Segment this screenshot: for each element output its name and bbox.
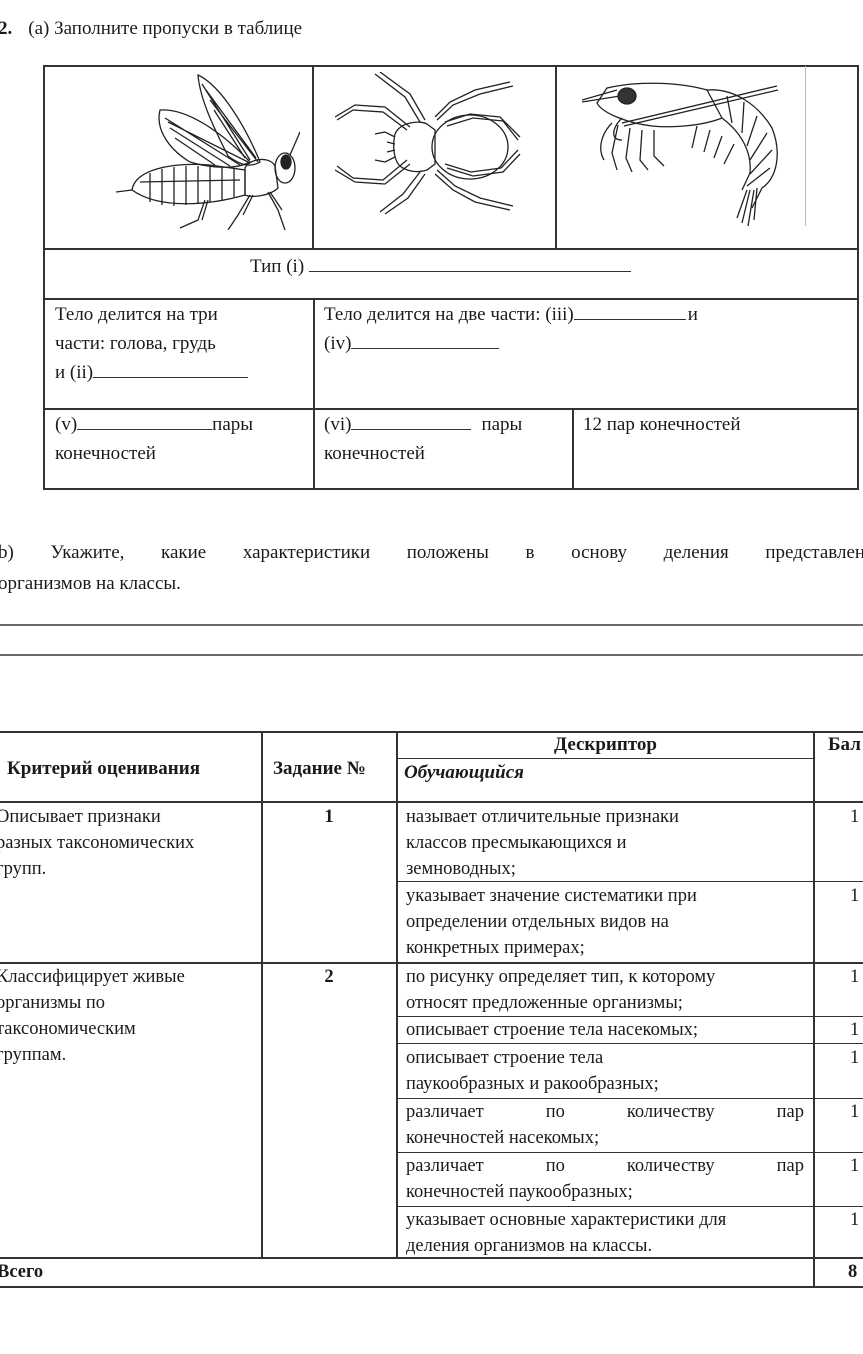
- limbs-text: конечностей: [324, 439, 522, 468]
- blank-ii[interactable]: [93, 359, 248, 378]
- criterion-line: Описывает признаки: [0, 804, 194, 830]
- score-cell: 1: [850, 883, 859, 909]
- blank-iv[interactable]: [351, 330, 499, 349]
- word: различает: [406, 1153, 484, 1179]
- divider: [397, 1043, 863, 1044]
- part-b-word: в: [526, 537, 535, 568]
- total-score: 8: [848, 1259, 857, 1285]
- header-task: Задание №: [273, 756, 366, 782]
- type-row: Тип (i): [250, 252, 631, 281]
- type-label: Тип (i): [250, 256, 304, 277]
- part-b-word: характеристики: [243, 537, 370, 568]
- word: пар: [777, 1153, 804, 1179]
- descriptor-line: по рисунку определяет тип, к которому: [406, 964, 715, 990]
- blank-v-label: (v): [55, 414, 77, 435]
- score-cell: 1: [850, 1045, 859, 1071]
- descriptor-row: указывает значение систематики при опред…: [406, 883, 697, 961]
- part-b-word: b): [0, 537, 14, 568]
- divider: [313, 299, 315, 489]
- score-cell: 1: [850, 1099, 859, 1125]
- header-score: Бал: [828, 732, 861, 758]
- blank-v[interactable]: [77, 411, 212, 430]
- criterion-line: организмы по: [0, 990, 185, 1016]
- descriptor-line: земноводных;: [406, 856, 679, 882]
- divider: [396, 731, 398, 1258]
- score-cell: 1: [850, 1153, 859, 1179]
- answer-line[interactable]: [0, 654, 863, 656]
- task-number-2: 2: [262, 964, 396, 990]
- part-b-word: основу: [571, 537, 627, 568]
- part-b-word: деления: [664, 537, 729, 568]
- spider-drawing-icon: [335, 72, 540, 222]
- descriptor-row: различаетпоколичествупар конечностей пау…: [406, 1153, 804, 1205]
- divider: [813, 731, 815, 1287]
- header-criterion: Критерий оценивания: [7, 756, 200, 782]
- descriptor-row: называет отличительные признаки классов …: [406, 804, 679, 882]
- descriptor-line: относят предложенные организмы;: [406, 990, 715, 1016]
- word: по: [546, 1099, 565, 1125]
- word: различает: [406, 1099, 484, 1125]
- shrimp-drawing-icon: [582, 78, 782, 228]
- descriptor-line: деления организмов на классы.: [406, 1233, 726, 1259]
- part-b-word: какие: [161, 537, 206, 568]
- descriptor-line: конечностей насекомых;: [406, 1125, 804, 1151]
- and-text: и: [688, 304, 698, 325]
- divider: [572, 409, 574, 489]
- descriptor-line: классов пресмыкающихся и: [406, 830, 679, 856]
- question-heading: 2.(a) Заполните пропуски в таблице: [0, 18, 302, 40]
- word: пар: [777, 1099, 804, 1125]
- descriptor-line: определении отдельных видов на: [406, 909, 697, 935]
- part-b-word: положены: [407, 537, 489, 568]
- blank-iii[interactable]: [574, 301, 686, 320]
- body-insect-line1: Тело делится на три: [55, 300, 248, 329]
- word: количеству: [627, 1099, 715, 1125]
- descriptor-line: различаетпоколичествупар: [406, 1153, 804, 1179]
- legs-insect-cell: (v)пары конечностей: [55, 410, 253, 468]
- word: по: [546, 1153, 565, 1179]
- legs-arachnid-cell: (vi)пары конечностей: [324, 410, 522, 468]
- legs-crustacean-cell: 12 пар конечностей: [583, 410, 741, 439]
- header-learner: Обучающийся: [404, 760, 524, 786]
- body-insect-line2: части: голова, грудь: [55, 329, 248, 358]
- divider: [805, 66, 806, 226]
- divider: [555, 66, 557, 248]
- descriptor-row: по рисунку определяет тип, к которому от…: [406, 964, 715, 1016]
- divider: [0, 801, 863, 803]
- insect-drawing-icon: [110, 70, 300, 230]
- descriptor-row: различаетпоколичествупар конечностей нас…: [406, 1099, 804, 1151]
- body-arachnid-cell: Тело делится на две части: (iii)и (iv): [324, 300, 698, 358]
- total-label: Всего: [0, 1259, 43, 1285]
- header-descriptor: Дескриптор: [397, 732, 814, 758]
- criterion-line: групп.: [0, 856, 194, 882]
- blank-vi-label: (vi): [324, 414, 351, 435]
- criterion-line: разных таксономических: [0, 830, 194, 856]
- score-cell: 1: [850, 1207, 859, 1233]
- blank-iii-label: Тело делится на две части: (iii): [324, 304, 574, 325]
- blank-ii-label: и (ii): [55, 362, 93, 383]
- limbs-text: конечностей: [55, 439, 253, 468]
- descriptor-line: указывает основные характеристики для: [406, 1207, 726, 1233]
- word: количеству: [627, 1153, 715, 1179]
- part-b-word: Укажите,: [50, 537, 124, 568]
- descriptor-row: описывает строение тела насекомых;: [406, 1017, 698, 1043]
- criterion-1: Описывает признаки разных таксономически…: [0, 804, 194, 882]
- descriptor-line: описывает строение тела насекомых;: [406, 1017, 698, 1043]
- descriptor-line: указывает значение систематики при: [406, 883, 697, 909]
- criterion-line: Классифицирует живые: [0, 964, 185, 990]
- divider: [0, 1286, 863, 1288]
- criterion-line: группам.: [0, 1042, 185, 1068]
- descriptor-line: описывает строение тела: [406, 1045, 659, 1071]
- descriptor-line: называет отличительные признаки: [406, 804, 679, 830]
- body-insect-cell: Тело делится на три части: голова, грудь…: [55, 300, 248, 387]
- criterion-2: Классифицирует живые организмы по таксон…: [0, 964, 185, 1068]
- blank-i[interactable]: [309, 253, 631, 272]
- pairs-text: пары: [481, 414, 522, 435]
- answer-line[interactable]: [0, 624, 863, 626]
- score-cell: 1: [850, 804, 859, 830]
- criterion-line: таксономическим: [0, 1016, 185, 1042]
- divider: [44, 248, 858, 250]
- descriptor-line: паукообразных и ракообразных;: [406, 1071, 659, 1097]
- part-b-line2: организмов на классы.: [0, 568, 181, 599]
- blank-vi[interactable]: [351, 411, 471, 430]
- question-number: 2.: [0, 18, 12, 39]
- crustacean-limbs-text: 12 пар конечностей: [583, 410, 741, 439]
- part-b-word: представленны: [765, 537, 863, 568]
- divider: [397, 758, 814, 759]
- descriptor-row: указывает основные характеристики для де…: [406, 1207, 726, 1259]
- descriptor-line: различаетпоколичествупар: [406, 1099, 804, 1125]
- pairs-text: пары: [212, 414, 253, 435]
- descriptor-line: конкретных примерах;: [406, 935, 697, 961]
- score-cell: 1: [850, 1017, 859, 1043]
- task-number-1: 1: [262, 804, 396, 830]
- descriptor-line: конечностей паукообразных;: [406, 1179, 804, 1205]
- descriptor-row: описывает строение тела паукообразных и …: [406, 1045, 659, 1097]
- score-cell: 1: [850, 964, 859, 990]
- blank-iv-label: (iv): [324, 333, 351, 354]
- divider: [312, 66, 314, 248]
- part-a-label: (a) Заполните пропуски в таблице: [28, 18, 302, 39]
- part-b-question: b) Укажите, какие характеристики положен…: [0, 537, 863, 568]
